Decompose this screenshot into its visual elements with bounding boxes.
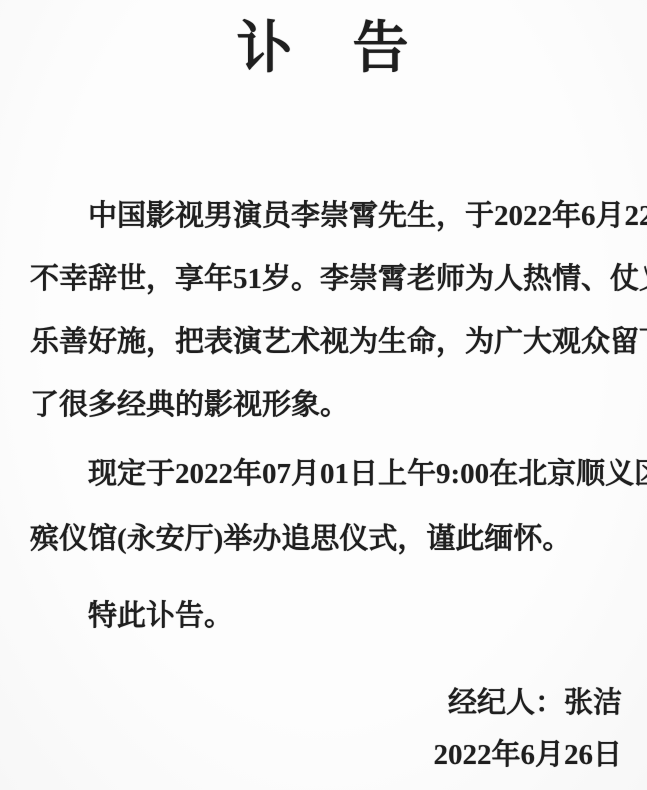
body-line: 不幸辞世，享年51岁。李崇霄老师为人热情、仗义、 <box>30 260 622 298</box>
signature-date: 2022年6月26日 <box>30 736 622 774</box>
closing-line: 特此讣告。 <box>30 597 622 635</box>
body-line: 了很多经典的影视形象。 <box>30 386 622 424</box>
body-line: 中国影视男演员李崇霄先生，于2022年6月22日 <box>30 197 622 235</box>
body-line: 现定于2022年07月01日上午9:00在北京顺义区 <box>30 455 622 493</box>
notice-title: 讣 告 <box>0 16 647 83</box>
signature-agent: 经纪人：张洁 <box>30 684 622 722</box>
body-line: 乐善好施，把表演艺术视为生命，为广大观众留下 <box>30 323 622 361</box>
obituary-document: 讣 告 中国影视男演员李崇霄先生，于2022年6月22日 不幸辞世，享年51岁。… <box>0 0 647 790</box>
body-line: 殡仪馆(永安厅)举办追思仪式，谨此缅怀。 <box>30 520 622 558</box>
